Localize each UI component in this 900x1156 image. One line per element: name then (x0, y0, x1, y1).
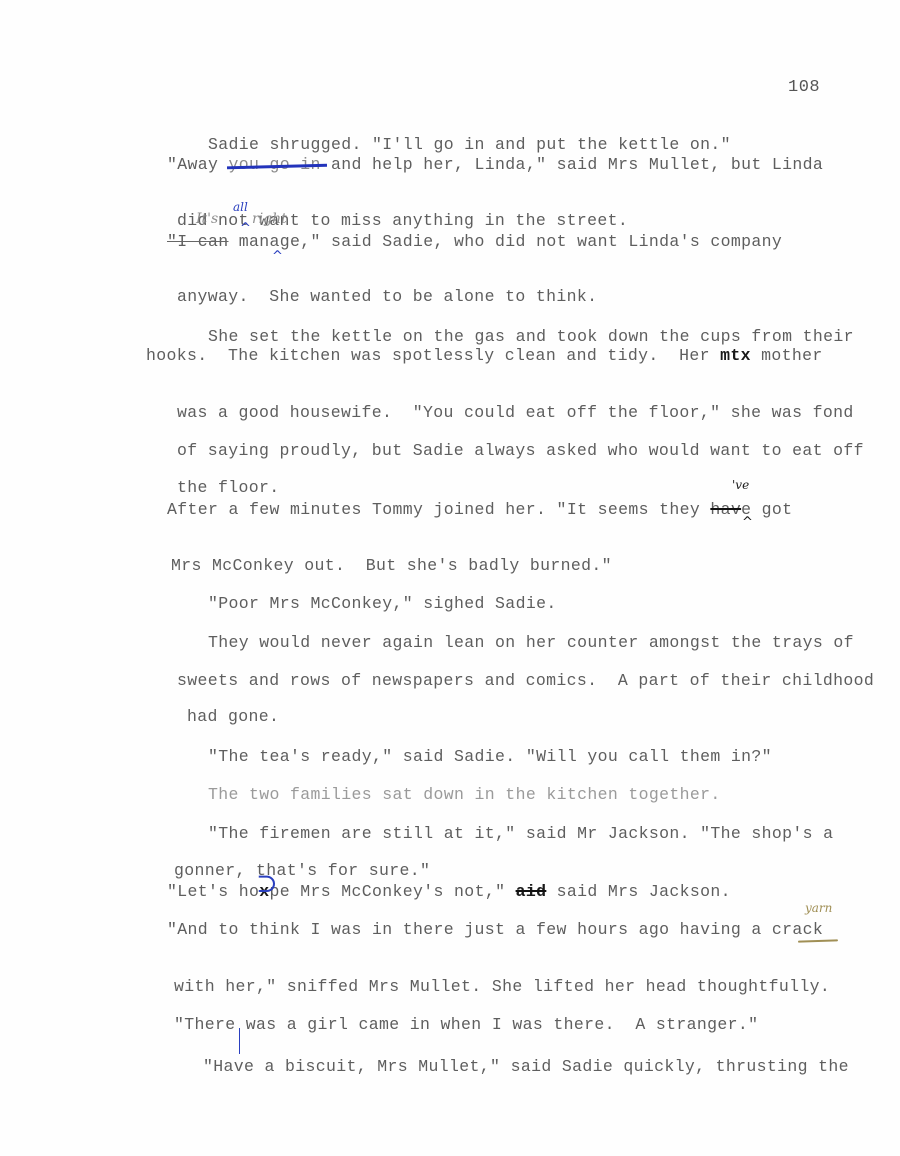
line-text: Mrs McConkey out. But she's badly burned… (171, 556, 612, 575)
line-text: "Poor Mrs McConkey," sighed Sadie. (208, 594, 557, 613)
struck-text: mtx (720, 346, 751, 365)
struck-text: hav (710, 500, 741, 519)
handwritten-ve: 've (732, 478, 749, 492)
handwritten-yarn: yarn (805, 901, 832, 915)
close-up-mark-icon: ⊃ (256, 871, 278, 897)
line-text: gonner, that's for sure." (174, 861, 430, 880)
line-text: sweets and rows of newspapers and comics… (177, 671, 874, 690)
handwritten-its: It's (196, 211, 218, 227)
line-text: "The firemen are still at it," said Mr J… (208, 824, 833, 843)
line-text: pe Mrs McConkey's not," (270, 882, 516, 901)
line-text: mother (751, 346, 823, 365)
line-text: "Have a biscuit, Mrs Mullet," said Sadie… (203, 1057, 849, 1076)
line-text: of saying proudly, but Sadie always aske… (177, 441, 864, 460)
text-line: "And to think I was in there just a few … (167, 920, 823, 939)
line-text: The two families sat down in the kitchen… (208, 785, 721, 804)
line-text: "Away (167, 155, 229, 174)
text-line: "Let's hoxpe Mrs McConkey's not," aid sa… (167, 882, 731, 901)
line-text: "The tea's ready," said Sadie. "Will you… (208, 747, 772, 766)
insert-space-mark (239, 1028, 240, 1054)
caret-mark: ^ (272, 250, 283, 263)
text-line: hooks. The kitchen was spotlessly clean … (146, 346, 823, 365)
handwritten-right: right (252, 211, 287, 227)
struck-text: you go in (229, 155, 321, 174)
text-line: "Have a biscuit, Mrs Mullet," said Sadie… (162, 1038, 849, 1095)
line-text: the floor. (177, 478, 280, 497)
line-text: was a good housewife. "You could eat off… (177, 403, 854, 422)
line-text: with her," sniffed Mrs Mullet. She lifte… (174, 977, 830, 996)
caret-mark: ^ (742, 516, 753, 529)
marked-word: crack (772, 920, 823, 939)
line-text: and help her, Linda," said Mrs Mullet, b… (321, 155, 823, 174)
text-line: "Away you go in and help her, Linda," sa… (167, 155, 823, 174)
struck-text: "I can (167, 232, 229, 251)
line-text: They would never again lean on her count… (208, 633, 854, 652)
line-text: manage," said Sadie, who did not want Li… (229, 232, 783, 251)
handwritten-all: all (233, 200, 248, 214)
line-text: After a few minutes Tommy joined her. "I… (167, 500, 710, 519)
line-text: "Let's ho (167, 882, 259, 901)
struck-text: aid (516, 882, 547, 901)
line-text: "And to think I was in there just a few … (167, 920, 772, 939)
text-line: "I can manage," said Sadie, who did not … (167, 232, 782, 251)
text-line: After a few minutes Tommy joined her. "I… (167, 500, 792, 519)
line-text: had gone. (187, 707, 279, 726)
line-text: Sadie shrugged. "I'll go in and put the … (208, 135, 731, 154)
line-text: said Mrs Jackson. (546, 882, 731, 901)
line-text: hooks. The kitchen was spotlessly clean … (146, 346, 720, 365)
line-text: "There was a girl came in when I was the… (174, 1015, 758, 1034)
page-number: 108 (788, 78, 820, 97)
line-text: She set the kettle on the gas and took d… (208, 327, 854, 346)
manuscript-page: 108 Sadie shrugged. "I'll go in and put … (0, 0, 900, 1156)
handwritten-underline (798, 939, 838, 942)
line-text: anyway. She wanted to be alone to think. (177, 287, 597, 306)
